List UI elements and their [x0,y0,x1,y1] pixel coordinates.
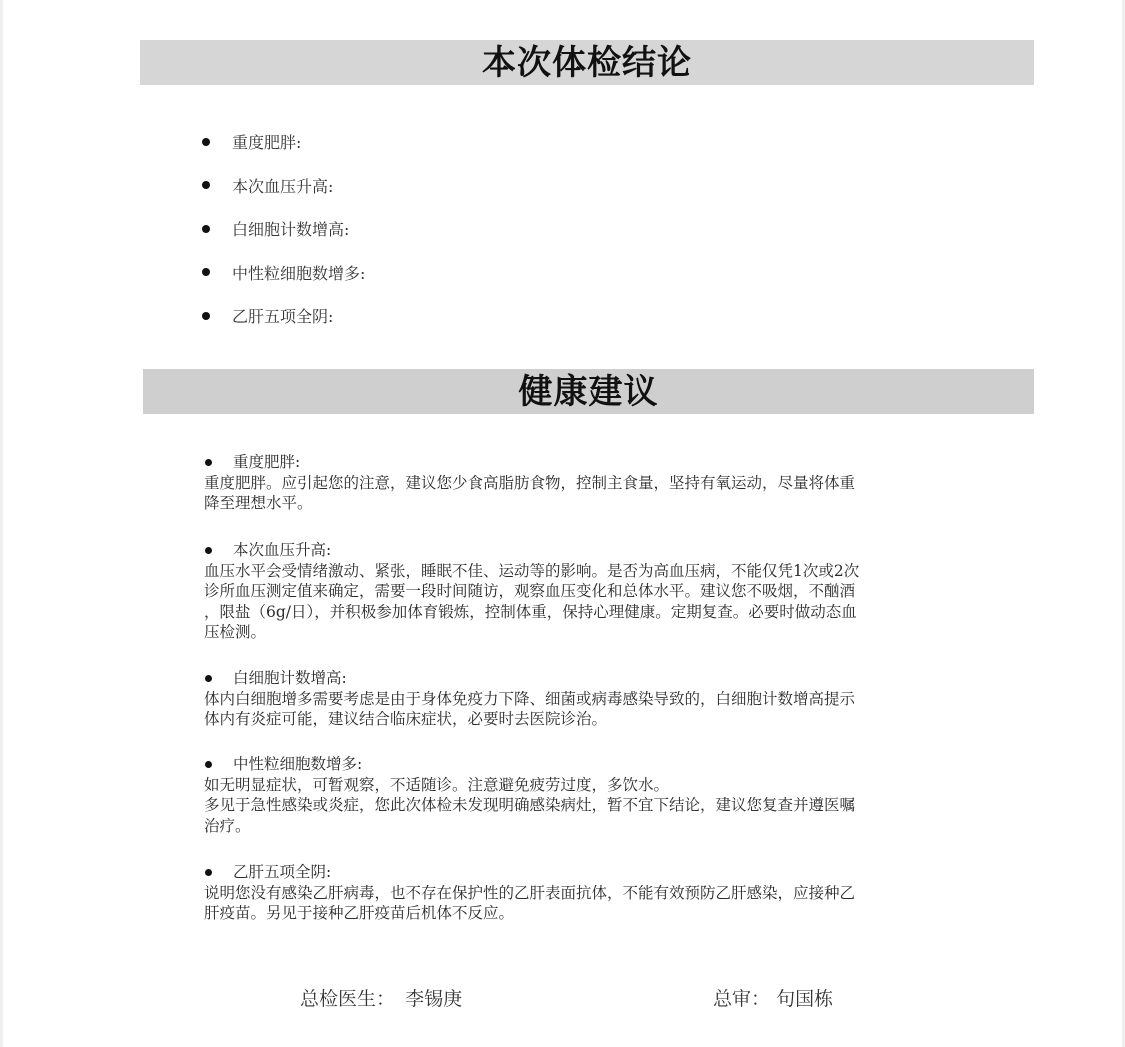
bullet-icon [205,869,212,876]
bullet-icon [202,181,210,189]
advice-heading: 白细胞计数增高: [204,668,1004,689]
reviewer-name: 句国栋 [776,988,833,1010]
advice-heading: 中性粒细胞数增多: [204,754,1004,775]
advice-heading: 重度肥胖: [204,452,1004,473]
conclusion-item: 本次血压升高: [202,164,365,208]
advice-heading-label: 重度肥胖: [233,452,300,473]
bullet-icon [205,761,212,768]
chief-doctor-label: 总检医生： [300,988,395,1010]
advice-header-bar: 健康建议 [143,369,1034,414]
conclusion-list: 重度肥胖: 本次血压升高: 白细胞计数增高: 中性粒细胞数增多: 乙肝五项全阴: [202,120,365,338]
advice-heading-label: 乙肝五项全阴: [233,862,331,883]
advice-title: 健康建议 [519,375,659,409]
bullet-icon [202,312,210,320]
reviewer-label: 总审： [713,988,770,1010]
conclusion-item-label: 乙肝五项全阴: [232,304,333,327]
advice-heading-label: 中性粒细胞数增多: [233,754,362,775]
advice-heading-label: 白细胞计数增高: [233,668,347,689]
reviewer-signature: 总审： 句国栋 [713,984,833,1011]
advice-item: 重度肥胖: 重度肥胖。应引起您的注意，建议您少食高脂肪食物，控制主食量，坚持有氧… [204,452,1004,514]
conclusion-title: 本次体检结论 [482,46,692,80]
chief-doctor-name: 李锡庚 [405,988,462,1010]
conclusion-item: 中性粒细胞数增多: [202,251,365,295]
signature-row: 总检医生： 李锡庚 总审： 句国栋 [0,984,1125,1012]
conclusion-item-label: 本次血压升高: [232,174,333,197]
bullet-icon [205,675,212,682]
advice-item: 白细胞计数增高: 体内白细胞增多需要考虑是由于身体免疫力下降、细菌或病毒感染导致… [204,668,1004,730]
chief-doctor-signature: 总检医生： 李锡庚 [300,984,462,1011]
advice-text: 血压水平会受情绪激动、紧张，睡眠不佳、运动等的影响。是否为高血压病，不能仅凭1次… [204,561,1004,643]
conclusion-header-bar: 本次体检结论 [140,40,1034,85]
conclusion-item-label: 白细胞计数增高: [232,217,349,240]
advice-text: 说明您没有感染乙肝病毒，也不存在保护性的乙肝表面抗体，不能有效预防乙肝感染，应接… [204,883,1004,924]
bullet-icon [205,547,212,554]
conclusion-item-label: 中性粒细胞数增多: [232,261,365,284]
bullet-icon [202,225,210,233]
advice-heading-label: 本次血压升高: [233,540,331,561]
advice-heading: 乙肝五项全阴: [204,862,1004,883]
advice-item: 中性粒细胞数增多: 如无明显症状，可暂观察，不适随诊。注意避免疲劳过度，多饮水。… [204,754,1004,836]
bullet-icon [202,268,210,276]
advice-text: 重度肥胖。应引起您的注意，建议您少食高脂肪食物，控制主食量，坚持有氧运动，尽量将… [204,473,1004,514]
conclusion-item: 白细胞计数增高: [202,207,365,251]
advice-heading: 本次血压升高: [204,540,1004,561]
advice-text: 体内白细胞增多需要考虑是由于身体免疫力下降、细菌或病毒感染导致的，白细胞计数增高… [204,689,1004,730]
conclusion-item: 乙肝五项全阴: [202,294,365,338]
advice-text: 如无明显症状，可暂观察，不适随诊。注意避免疲劳过度，多饮水。 多见于急性感染或炎… [204,775,1004,837]
bullet-icon [202,138,210,146]
advice-item: 本次血压升高: 血压水平会受情绪激动、紧张，睡眠不佳、运动等的影响。是否为高血压… [204,540,1004,643]
page-edge-left [0,0,3,1047]
bullet-icon [205,459,212,466]
conclusion-item: 重度肥胖: [202,120,365,164]
conclusion-item-label: 重度肥胖: [232,130,301,153]
advice-item: 乙肝五项全阴: 说明您没有感染乙肝病毒，也不存在保护性的乙肝表面抗体，不能有效预… [204,862,1004,924]
